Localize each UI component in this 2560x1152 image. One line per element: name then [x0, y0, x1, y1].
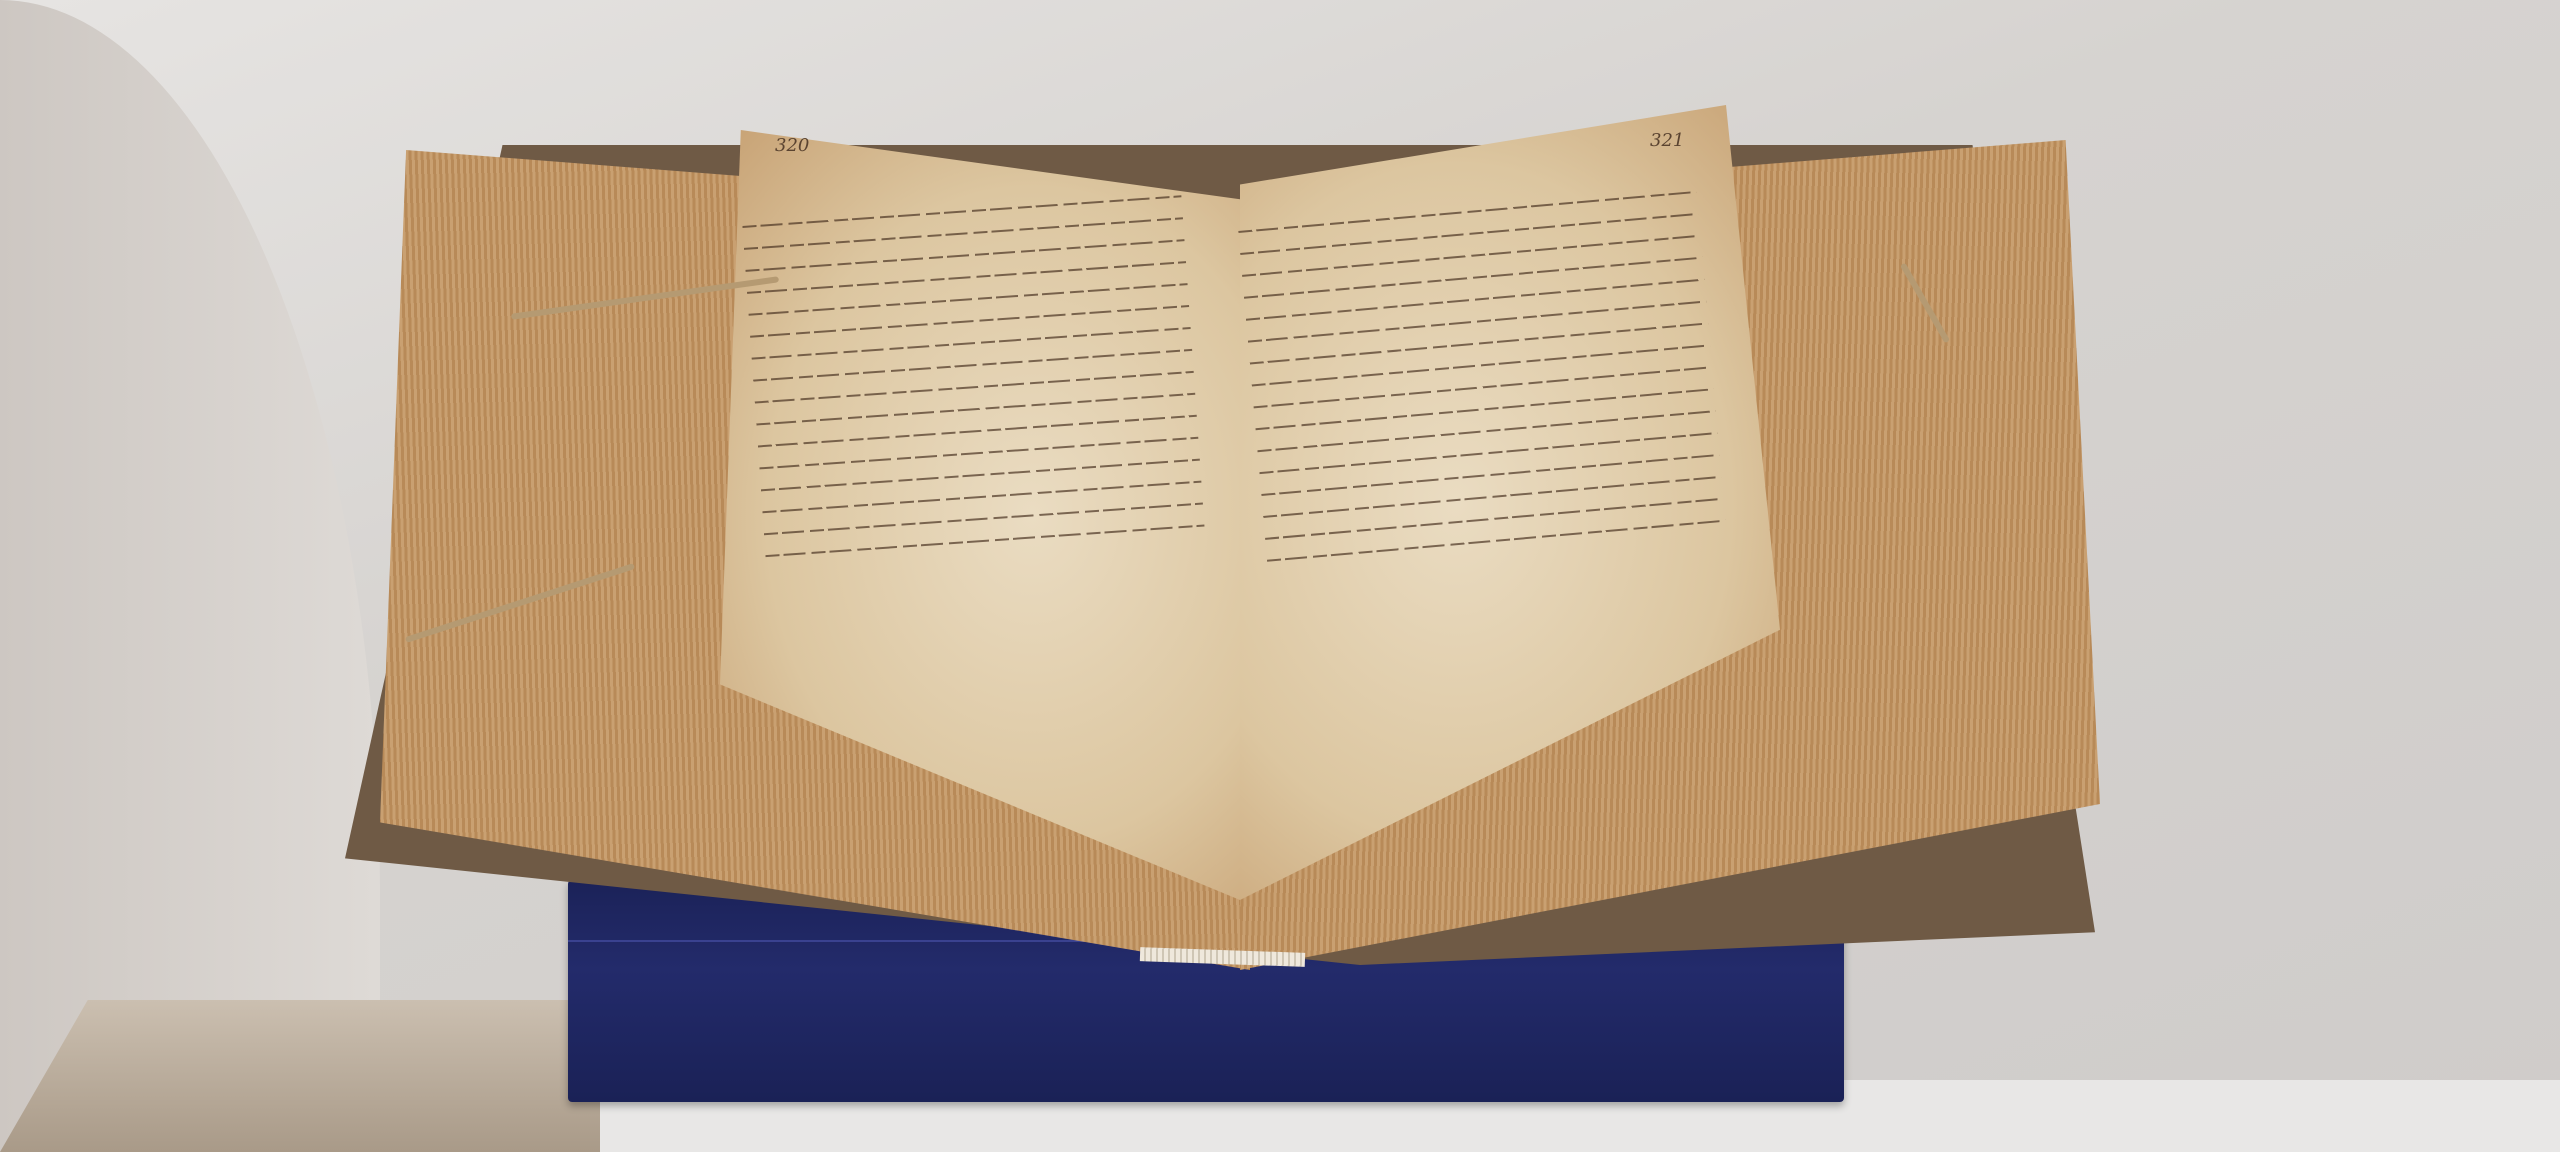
- left-page-number: 320: [775, 135, 809, 156]
- right-page-handwriting: [1236, 171, 1743, 769]
- right-page-number: 321: [1650, 130, 1684, 151]
- left-page-handwriting: [741, 175, 1219, 764]
